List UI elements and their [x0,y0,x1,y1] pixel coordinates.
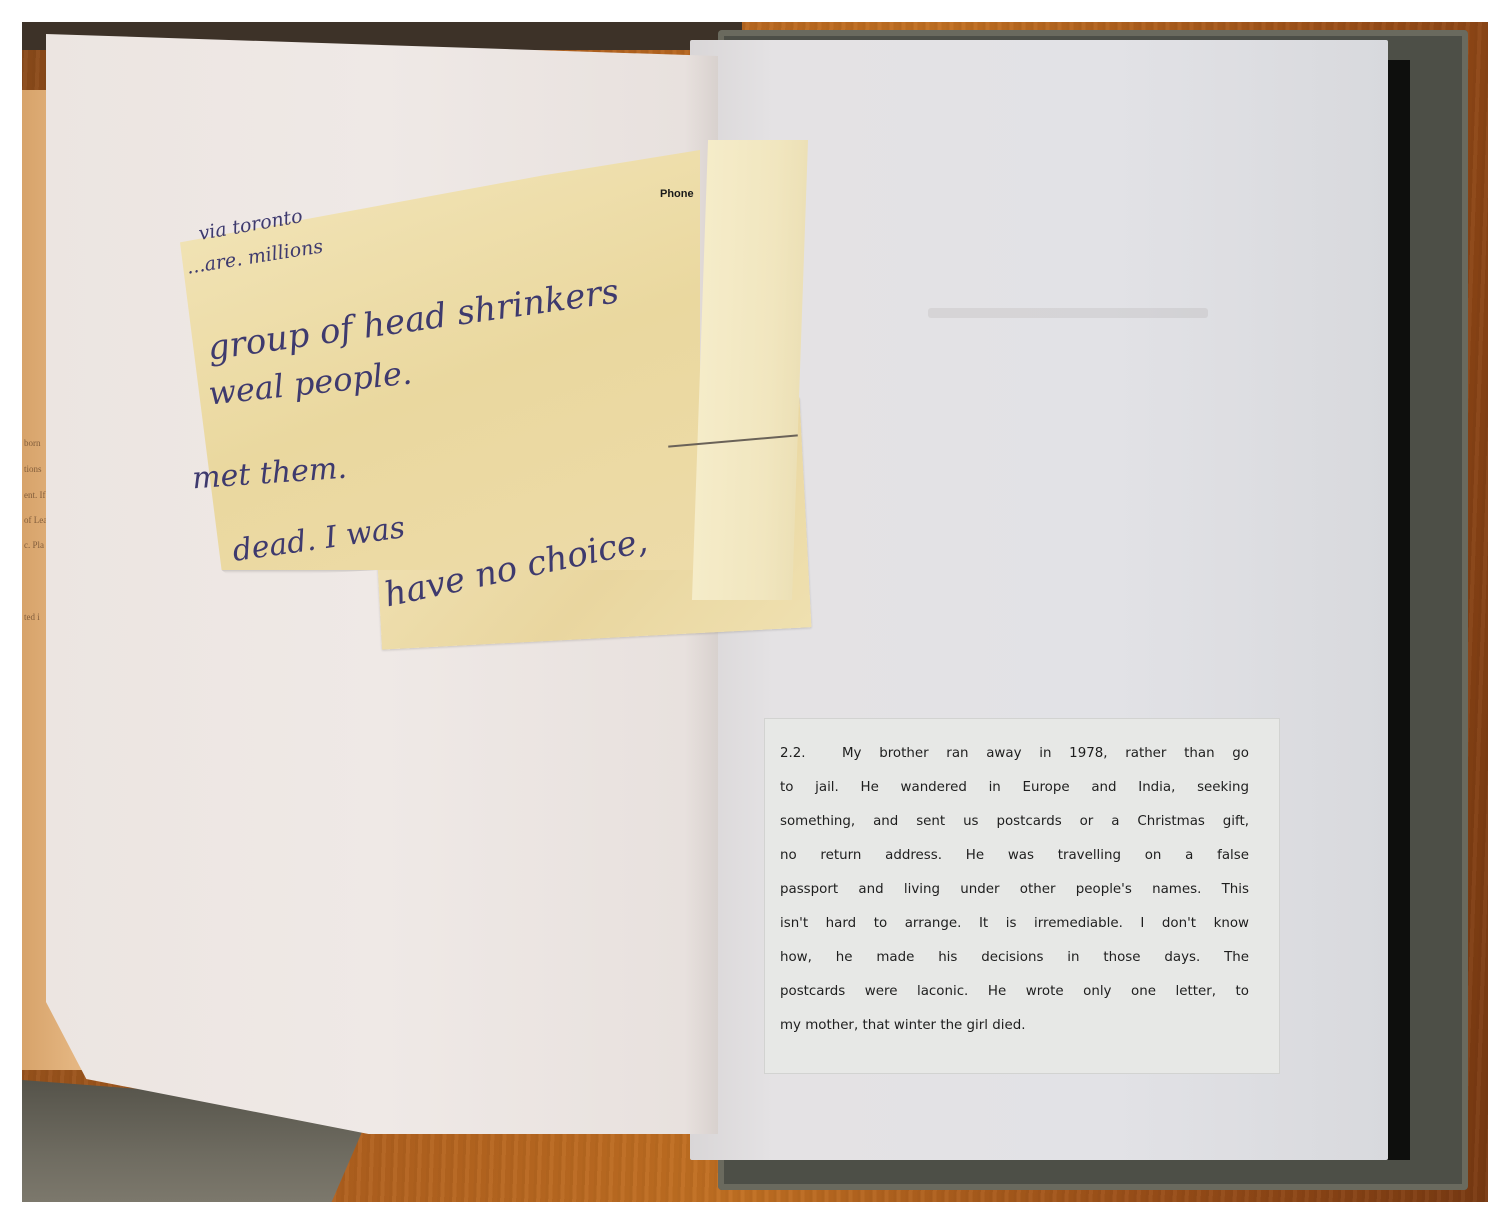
typed-line: no return address. He was travelling on … [780,839,1249,873]
typed-line: how, he made his decisions in those days… [780,941,1249,975]
note-folded-edge [692,140,808,600]
typed-line: passport and living under other people's… [780,873,1249,907]
underlying-text-fragment: c. Pla [24,540,44,550]
typed-line: my mother, that winter the girl died. [780,1009,1249,1043]
typed-line-text: My brother ran away in 1978, rather than… [842,746,1249,761]
typed-line: isn't hard to arrange. It is irremediabl… [780,907,1249,941]
photo-frame: born tions ent. If of Lea c. Pla ted i P… [0,0,1510,1226]
show-through-text [928,308,1208,318]
section-number: 2.2. [780,737,842,771]
underlying-text-fragment: born [24,438,41,448]
typed-line: 2.2.My brother ran away in 1978, rather … [780,737,1249,771]
typed-line: postcards were laconic. He wrote only on… [780,975,1249,1009]
underlying-text-fragment: tions [24,464,42,474]
typed-passage: 2.2.My brother ran away in 1978, rather … [764,718,1280,1074]
typed-line: to jail. He wandered in Europe and India… [780,771,1249,805]
underlying-text-fragment: of Lea [24,515,47,525]
underlying-text-fragment: ted i [24,612,40,622]
underlying-text-fragment: ent. If [24,490,46,500]
typed-line: something, and sent us postcards or a Ch… [780,805,1249,839]
note-stamp-text: Phone [660,188,694,200]
